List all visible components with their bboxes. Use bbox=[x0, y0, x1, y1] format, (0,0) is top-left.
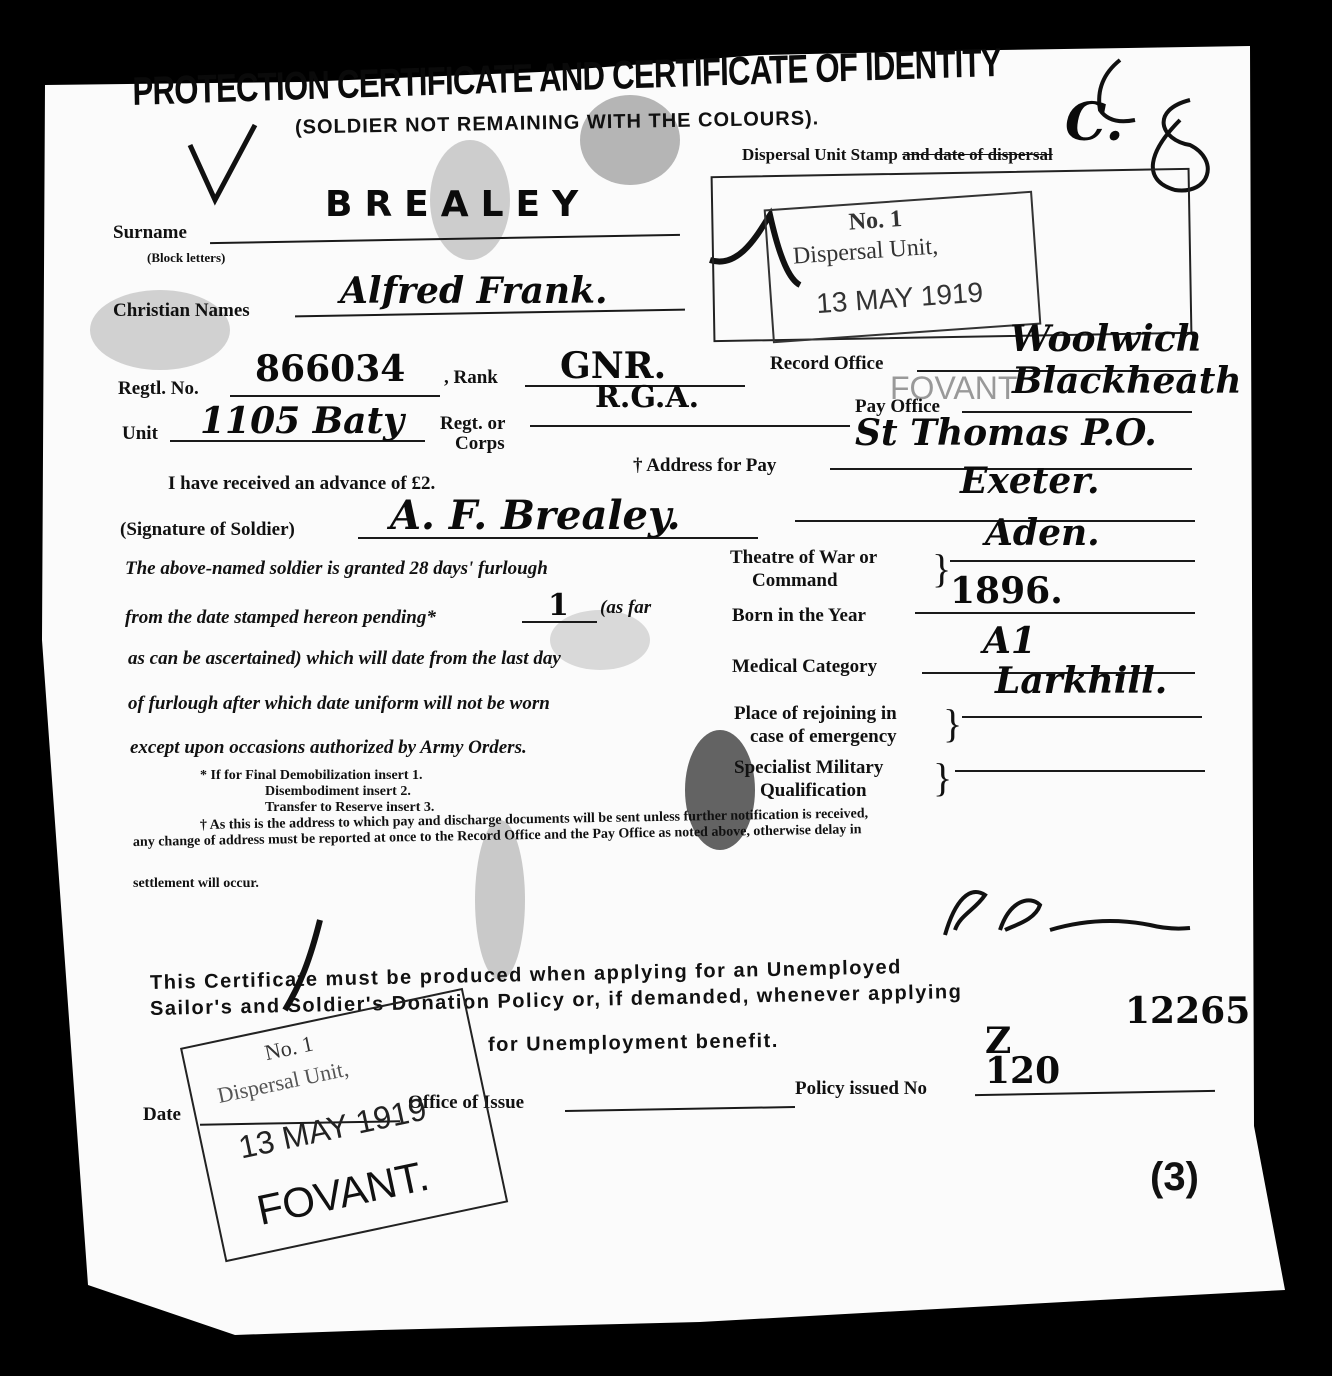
dispersal-stamp-label: Dispersal Unit Stamp and date of dispers… bbox=[742, 145, 1053, 165]
specialist-label-1: Specialist Military bbox=[734, 757, 883, 779]
date-label: Date bbox=[143, 1104, 181, 1126]
page-number: (3) bbox=[1150, 1155, 1199, 1200]
regt-corps-label-1: Regt. or bbox=[440, 413, 505, 435]
born-year-value: 1896. bbox=[950, 570, 1063, 612]
regt-corps-label-2: Corps bbox=[455, 433, 505, 455]
specialist-label-2: Qualification bbox=[760, 780, 867, 802]
rejoining-label-1: Place of rejoining in bbox=[734, 703, 897, 725]
footnote-2: Disembodiment insert 2. bbox=[265, 784, 411, 799]
notice-line-3: for Unemployment benefit. bbox=[488, 1030, 779, 1057]
policy-issued-label: Policy issued No bbox=[795, 1078, 927, 1100]
medical-category-label: Medical Category bbox=[732, 656, 877, 678]
pending-suffix: (as far bbox=[600, 597, 651, 619]
unit-label: Unit bbox=[122, 423, 158, 445]
christian-names-value: Alfred Frank. bbox=[340, 270, 608, 312]
born-year-label: Born in the Year bbox=[732, 605, 866, 627]
theatre-value: Aden. bbox=[985, 512, 1100, 554]
unit-value: 1105 Baty bbox=[200, 400, 404, 442]
rank-label: , Rank bbox=[444, 367, 498, 389]
furlough-line-4: of furlough after which date uniform wil… bbox=[128, 693, 550, 715]
medical-category-value: A1 bbox=[983, 620, 1036, 662]
footnote-3: Transfer to Reserve insert 3. bbox=[265, 800, 434, 815]
record-office-label: Record Office bbox=[770, 353, 883, 375]
regtl-no-value: 866034 bbox=[255, 348, 405, 390]
christian-names-label: Christian Names bbox=[113, 300, 250, 322]
rejoining-value: Larkhill. bbox=[995, 660, 1167, 702]
furlough-line-3: as can be ascertained) which will date f… bbox=[128, 648, 561, 670]
furlough-line-1: The above-named soldier is granted 28 da… bbox=[125, 558, 548, 580]
struck-text: and date of dispersal bbox=[902, 145, 1053, 164]
regtl-no-label: Regtl. No. bbox=[118, 378, 199, 400]
record-office-value-1: Woolwich bbox=[1010, 318, 1202, 360]
record-office-value-2: Blackheath bbox=[1012, 360, 1242, 402]
certificate-document: PROTECTION CERTIFICATE AND CERTIFICATE O… bbox=[0, 0, 1332, 1376]
address-value-1: St Thomas P.O. bbox=[855, 412, 1157, 454]
theatre-label-2: Command bbox=[752, 570, 838, 592]
surname-sublabel: (Block letters) bbox=[147, 250, 225, 266]
footnote-1: * If for Final Demobilization insert 1. bbox=[200, 768, 423, 783]
furlough-line-2: from the date stamped hereon pending* bbox=[125, 607, 436, 629]
address-note-3: settlement will occur. bbox=[133, 876, 259, 891]
address-for-pay-label: † Address for Pay bbox=[633, 455, 776, 477]
furlough-line-5: except upon occasions authorized by Army… bbox=[130, 737, 527, 759]
corner-mark: C. bbox=[1065, 92, 1124, 153]
side-number: 12265 bbox=[1125, 990, 1250, 1032]
address-value-2: Exeter. bbox=[960, 460, 1100, 502]
soldier-signature-value: A. F. Brealey. bbox=[390, 492, 681, 539]
theatre-label-1: Theatre of War or bbox=[730, 547, 877, 569]
policy-issued-value: 120 bbox=[985, 1050, 1060, 1092]
pending-value: 1 bbox=[548, 588, 569, 623]
surname-value: BREALEY bbox=[325, 184, 590, 225]
rejoining-label-2: case of emergency bbox=[750, 726, 897, 748]
surname-label: Surname bbox=[113, 222, 187, 244]
dispersal-stamp-top: No. 1 Dispersal Unit, 13 MAY 1919 bbox=[764, 191, 1042, 343]
regt-corps-value: R.G.A. bbox=[595, 380, 699, 415]
soldier-signature-label: (Signature of Soldier) bbox=[120, 519, 295, 541]
